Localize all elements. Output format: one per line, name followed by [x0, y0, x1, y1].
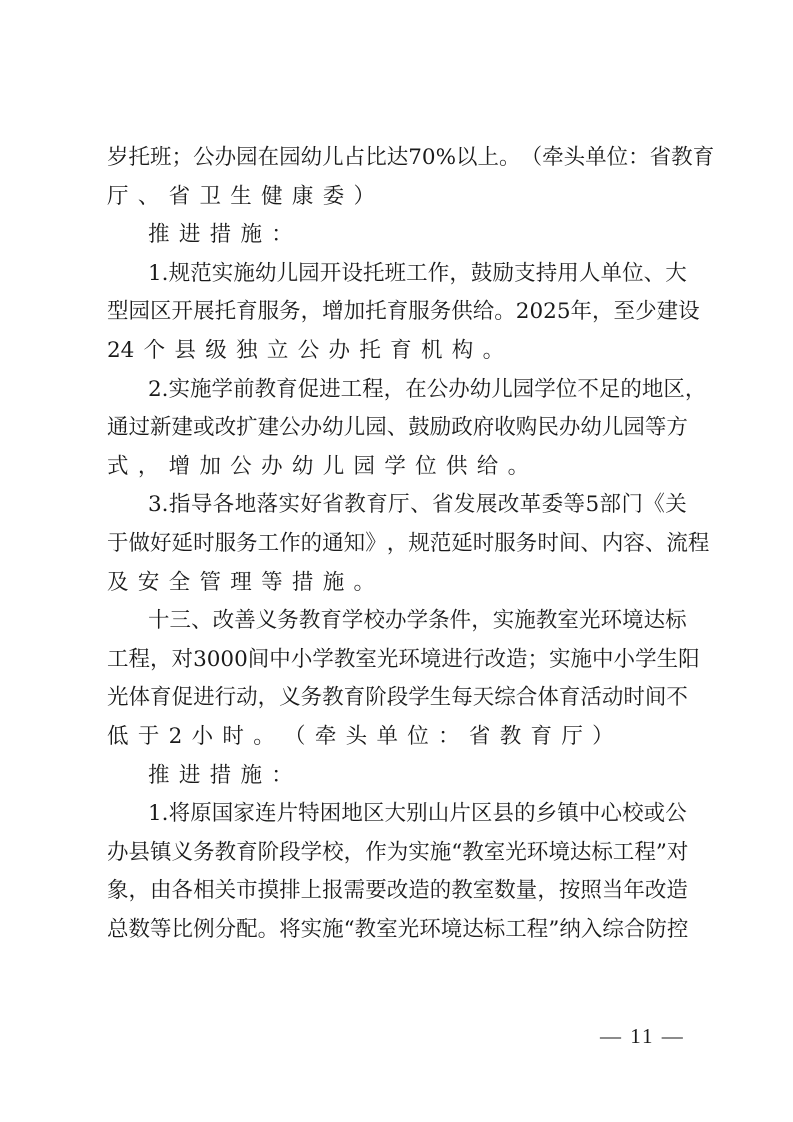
text-line: 厅、省卫生健康委） [107, 182, 687, 221]
text-line: 低于2小时。（牵头单位：省教育厅） [107, 722, 687, 761]
text-line: 推进措施： [107, 761, 687, 800]
text-line: 2.实施学前教育促进工程，在公办幼儿园学位不足的地区， [107, 375, 687, 414]
document-body: 岁托班；公办园在园幼儿占比达70%以上。（牵头单位：省教育厅、省卫生健康委）推进… [107, 143, 687, 953]
text-line: 十三、改善义务教育学校办学条件，实施教室光环境达标 [107, 606, 687, 645]
text-line: 光体育促进行动，义务教育阶段学生每天综合体育活动时间不 [107, 683, 687, 722]
text-line: 工程，对3000间中小学教室光环境进行改造；实施中小学生阳 [107, 645, 687, 684]
text-line: 1.规范实施幼儿园开设托班工作，鼓励支持用人单位、大 [107, 259, 687, 298]
text-line: 24个县级独立公办托育机构。 [107, 336, 687, 375]
text-line: 岁托班；公办园在园幼儿占比达70%以上。（牵头单位：省教育 [107, 143, 687, 182]
text-line: 推进措施： [107, 220, 687, 259]
text-line: 及安全管理等措施。 [107, 568, 687, 607]
text-line: 于做好延时服务工作的通知》，规范延时服务时间、内容、流程 [107, 529, 687, 568]
text-line: 总数等比例分配。将实施“教室光环境达标工程”纳入综合防控 [107, 915, 687, 954]
text-line: 式，增加公办幼儿园学位供给。 [107, 452, 687, 491]
text-line: 3.指导各地落实好省教育厅、省发展改革委等5部门《关 [107, 490, 687, 529]
text-line: 象，由各相关市摸排上报需要改造的教室数量，按照当年改造 [107, 876, 687, 915]
text-line: 办县镇义务教育阶段学校，作为实施“教室光环境达标工程”对 [107, 838, 687, 877]
page-number: — 11 — [600, 1024, 685, 1049]
text-line: 型园区开展托育服务，增加托育服务供给。2025年，至少建设 [107, 297, 687, 336]
text-line: 通过新建或改扩建公办幼儿园、鼓励政府收购民办幼儿园等方 [107, 413, 687, 452]
text-line: 1.将原国家连片特困地区大别山片区县的乡镇中心校或公 [107, 799, 687, 838]
